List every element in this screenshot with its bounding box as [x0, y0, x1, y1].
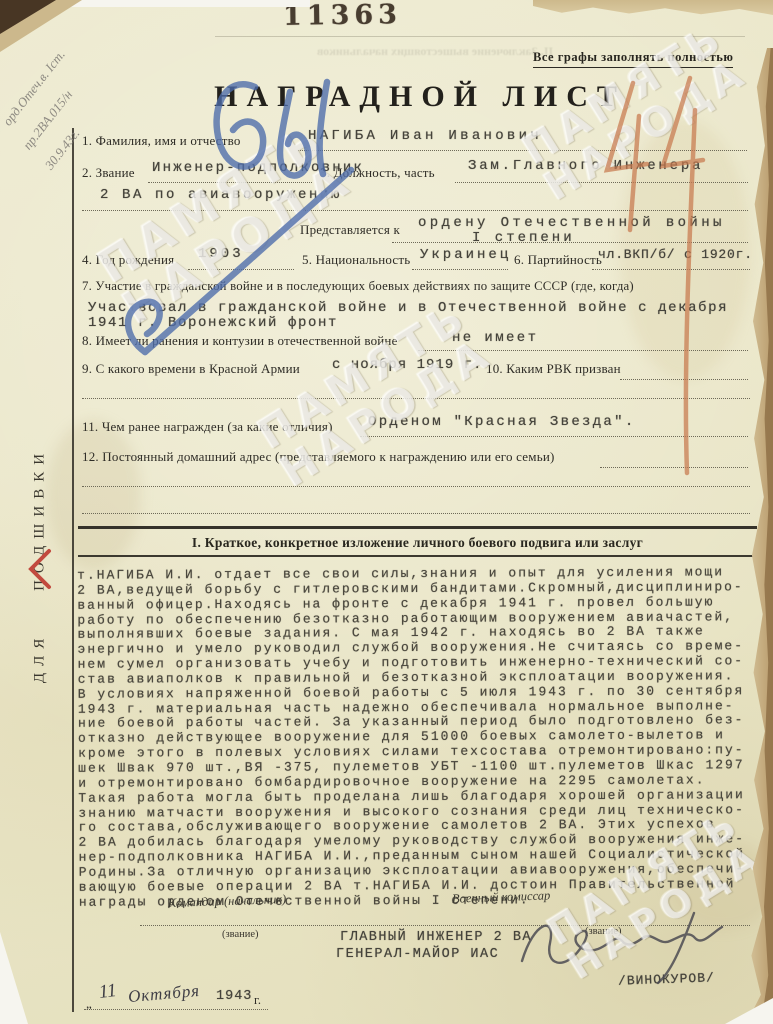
rank-line2: ГЕНЕРАЛ-МАЙОР ИАС	[336, 947, 499, 962]
represented-value-line2: I степени	[472, 230, 575, 246]
margin-rule	[72, 128, 74, 1012]
field6-label: 6. Партийность	[514, 252, 602, 268]
orange-pencil-mark	[595, 58, 720, 478]
field9-label: 9. С какого времени в Красной Армии	[82, 361, 300, 377]
rank-caption-left: (звание)	[222, 929, 259, 940]
field8-value: не имеет	[452, 330, 538, 346]
blue-pencil-mark	[105, 52, 355, 362]
date-year: 1943	[216, 989, 252, 1004]
section-rule-bottom	[78, 555, 757, 557]
date-suffix: г.	[254, 993, 261, 1008]
field5-value: Украинец	[420, 247, 511, 263]
divider-line	[215, 36, 745, 37]
field11-label: 11. Чем ранее награжден (за какие отличи…	[82, 419, 333, 435]
section-rule-top	[78, 526, 757, 529]
award-sheet-document: II. Заключение вышестоящих начальников 1…	[0, 0, 773, 1024]
handwritten-signature	[508, 903, 748, 988]
section1-heading: I. Краткое, конкретное изложение личного…	[80, 535, 755, 551]
citation-text: т.НАГИБА И.И. отдает все свои силы,знани…	[77, 565, 745, 910]
date-open-quote: „	[86, 996, 92, 1012]
date-day-handwritten: 11	[98, 980, 118, 1004]
scan-background	[60, 0, 310, 7]
red-check-icon	[26, 548, 52, 590]
rank-line1: ГЛАВНЫЙ ИНЖЕНЕР 2 ВА	[340, 930, 532, 945]
field12-label: 12. Постоянный домашний адрес (представл…	[82, 449, 555, 465]
